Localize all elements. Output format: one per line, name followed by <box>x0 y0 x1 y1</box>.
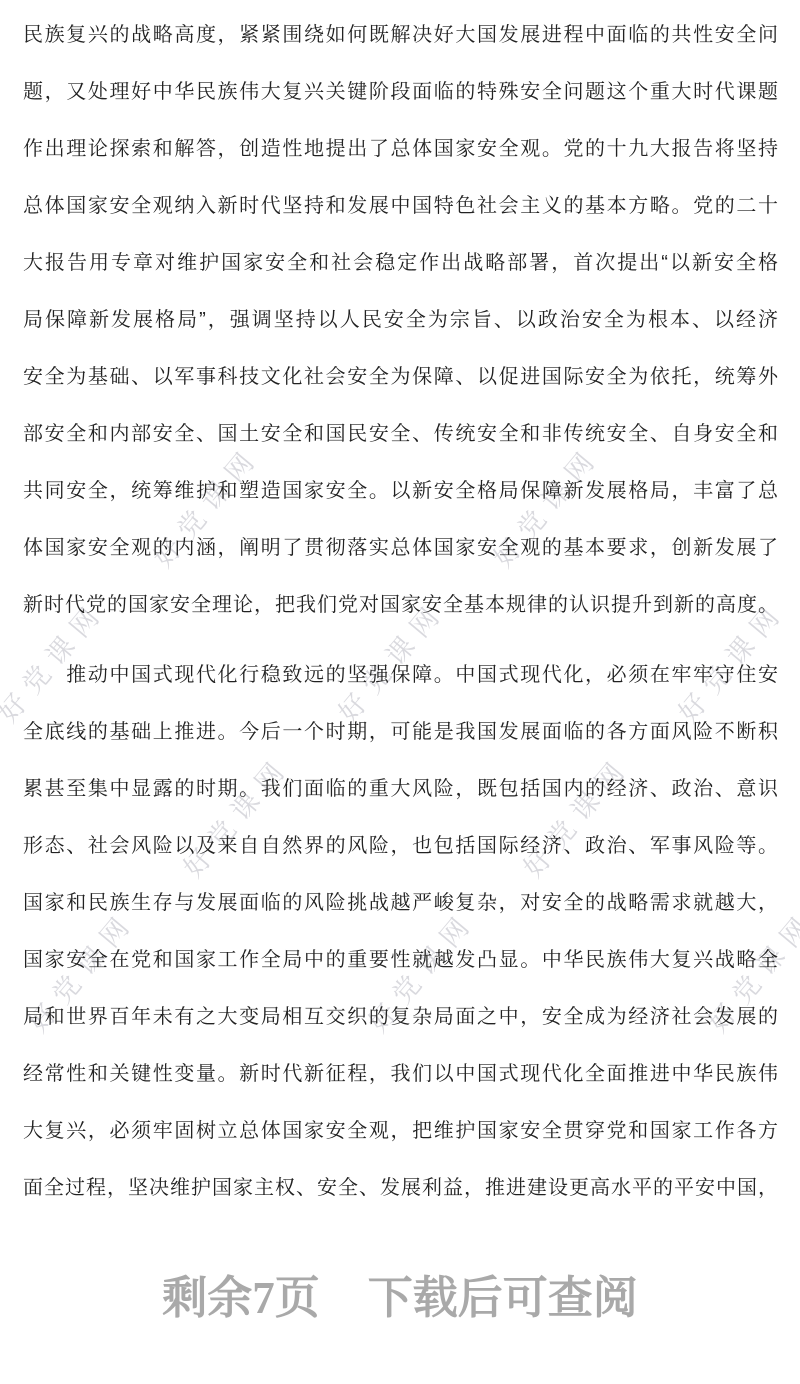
text-line: 国家安全在党和国家工作全局中的重要性就越发凸显。中华民族伟大复兴战略全 <box>23 932 778 989</box>
text-line: 大复兴，必须牢固树立总体国家安全观，把维护国家安全贯穿党和国家工作各方 <box>23 1103 778 1160</box>
text-line: 题，又处理好中华民族伟大复兴关键阶段面临的特殊安全问题这个重大时代课题 <box>23 64 778 121</box>
document-page: 好党课网 好党课网 好党课网 好党课网 好党课网 好党课网 好党课网 好党课网 … <box>0 0 800 1384</box>
text-line: 累甚至集中显露的时期。我们面临的重大风险，既包括国内的经济、政治、意识 <box>23 761 778 818</box>
paragraph-1: 民族复兴的战略高度，紧紧围绕如何既解决好大国发展进程中面临的共性安全问 题，又处… <box>23 7 778 634</box>
text-line: 形态、社会风险以及来自自然界的风险，也包括国际经济、政治、军事风险等。 <box>23 818 778 875</box>
text-line: 大报告用专章对维护国家安全和社会稳定作出战略部署，首次提出“以新安全格 <box>23 235 778 292</box>
text-line: 局保障新发展格局”，强调坚持以人民安全为宗旨、以政治安全为根本、以经济 <box>23 292 778 349</box>
text-line: 局和世界百年未有之大变局相互交织的复杂局面之中，安全成为经济社会发展的 <box>23 989 778 1046</box>
text-line: 推动中国式现代化行稳致远的坚强保障。中国式现代化，必须在牢牢守住安 <box>23 647 778 704</box>
text-line: 体国家安全观的内涵，阐明了贯彻落实总体国家安全观的基本要求，创新发展了 <box>23 520 778 577</box>
text-line: 民族复兴的战略高度，紧紧围绕如何既解决好大国发展进程中面临的共性安全问 <box>23 7 778 64</box>
paragraph-2: 推动中国式现代化行稳致远的坚强保障。中国式现代化，必须在牢牢守住安 全底线的基础… <box>23 647 778 1217</box>
text-line: 总体国家安全观纳入新时代坚持和发展中国特色社会主义的基本方略。党的二十 <box>23 178 778 235</box>
remaining-pages-notice: 剩余7页下载后可查阅 <box>0 1272 800 1325</box>
text-line: 全底线的基础上推进。今后一个时期，可能是我国发展面临的各方面风险不断积 <box>23 704 778 761</box>
text-line: 面全过程，坚决维护国家主权、安全、发展利益，推进建设更高水平的平安中国， <box>23 1160 778 1217</box>
text-line: 国家和民族生存与发展面临的风险挑战越严峻复杂，对安全的战略需求就越大， <box>23 875 778 932</box>
text-line: 安全为基础、以军事科技文化社会安全为保障、以促进国际安全为依托，统筹外 <box>23 349 778 406</box>
text-line: 经常性和关键性变量。新时代新征程，我们以中国式现代化全面推进中华民族伟 <box>23 1046 778 1103</box>
remaining-pages-label: 剩余7页 <box>162 1273 320 1323</box>
text-line: 新时代党的国家安全理论，把我们党对国家安全基本规律的认识提升到新的高度。 <box>23 577 778 634</box>
download-hint-label: 下载后可查阅 <box>368 1273 638 1323</box>
text-line: 部安全和内部安全、国土安全和国民安全、传统安全和非传统安全、自身安全和 <box>23 406 778 463</box>
document-body: 民族复兴的战略高度，紧紧围绕如何既解决好大国发展进程中面临的共性安全问 题，又处… <box>23 7 778 1217</box>
text-line: 共同安全，统筹维护和塑造国家安全。以新安全格局保障新发展格局，丰富了总 <box>23 463 778 520</box>
text-line: 作出理论探索和解答，创造性地提出了总体国家安全观。党的十九大报告将坚持 <box>23 121 778 178</box>
